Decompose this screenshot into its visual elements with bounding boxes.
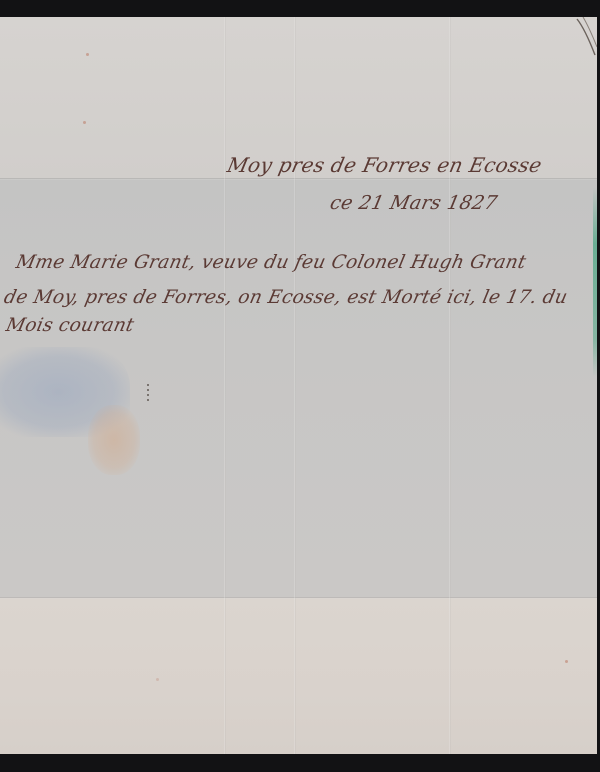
- edge-tint: [593, 187, 597, 377]
- foxing-speck: [86, 53, 89, 56]
- letter-sheet: Moy pres de Forres en Ecosse ce 21 Mars …: [0, 17, 597, 754]
- pencil-mark: [147, 384, 149, 402]
- horizontal-fold-lower: [0, 597, 597, 599]
- vertical-fold-right: [449, 17, 451, 754]
- curled-corner-icon: [575, 17, 597, 57]
- foxing-speck: [83, 121, 86, 124]
- dateline-place: Moy pres de Forres en Ecosse: [225, 153, 544, 177]
- paper-bottom-panel: [0, 598, 597, 754]
- foxing-speck: [565, 660, 568, 663]
- foxing-speck: [156, 678, 159, 681]
- vertical-fold-center: [294, 17, 296, 754]
- vertical-fold-left: [224, 17, 226, 754]
- dateline-date: ce 21 Mars 1827: [328, 192, 499, 214]
- horizontal-fold-upper: [0, 178, 597, 180]
- body-line: Mois courant: [4, 315, 136, 336]
- body-line: Mme Marie Grant, veuve du feu Colonel Hu…: [14, 252, 528, 273]
- foxing-stain: [88, 405, 140, 475]
- body-line: de Moy, pres de Forres, on Ecosse, est M…: [2, 287, 570, 308]
- photo-frame: Moy pres de Forres en Ecosse ce 21 Mars …: [0, 0, 600, 772]
